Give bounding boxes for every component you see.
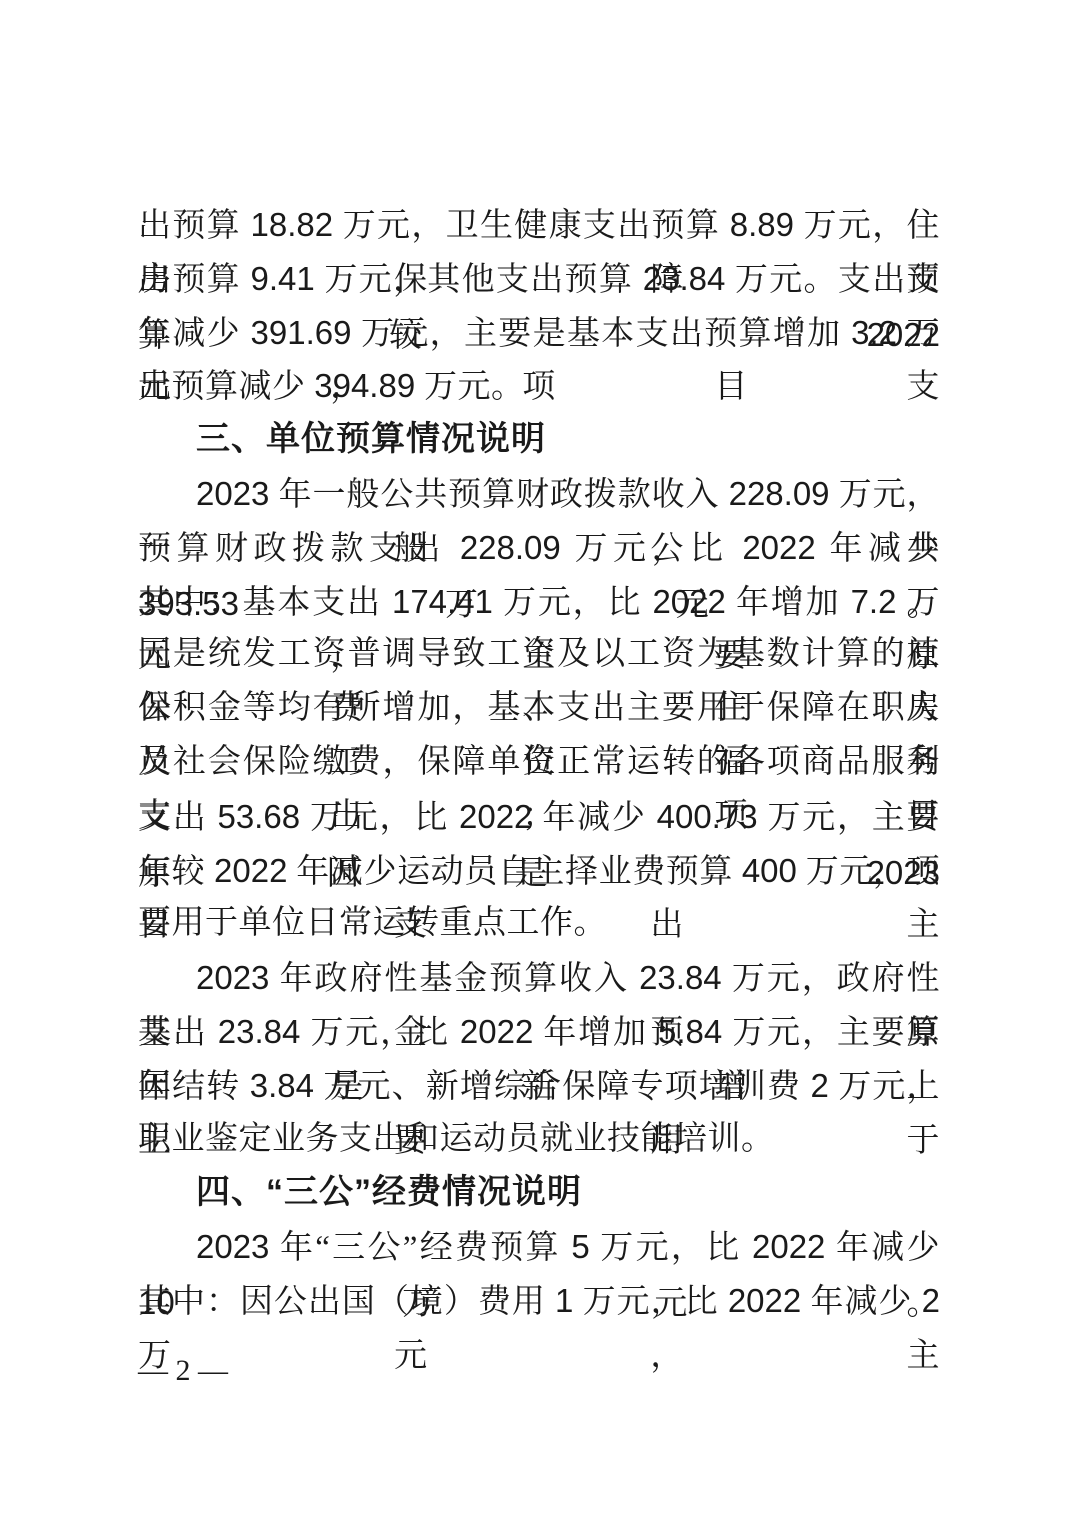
number: 2023 bbox=[196, 1228, 269, 1265]
number: 9.41 bbox=[251, 260, 315, 297]
text-line: 出预算 18.82 万元，卫生健康支出预算 8.89 万元，住房保障支 bbox=[138, 198, 940, 252]
number: 228.09 bbox=[460, 529, 561, 566]
number: 2 bbox=[922, 1282, 940, 1319]
text-line: 年结转 3.84 万元、新增综合保障专项培训费 2 万元，主要用于 bbox=[138, 1059, 940, 1113]
text-line: 支出 23.84 万元，比 2022 年增加 5.84 万元，主要原因是新增上 bbox=[138, 1005, 940, 1059]
number: 2022 bbox=[460, 1013, 533, 1050]
number: 391.69 bbox=[251, 314, 352, 351]
number: 2022 bbox=[728, 1282, 801, 1319]
number: 1 bbox=[555, 1282, 573, 1319]
section-3-heading: 三、单位预算情况说明 bbox=[138, 413, 940, 467]
text-line: 年减少 391.69 万元，主要是基本支出预算增加 3.2 万元，项目支 bbox=[138, 306, 940, 360]
number: 3.2 bbox=[851, 314, 897, 351]
number: 3.84 bbox=[250, 1067, 314, 1104]
number: 2022 bbox=[742, 529, 815, 566]
number: 394.89 bbox=[314, 367, 415, 404]
text-line: 因是统发工资普调导致工资及以工资为基数计算的社保费、住房 bbox=[138, 628, 940, 682]
document-body: 出预算 18.82 万元，卫生健康支出预算 8.89 万元，住房保障支出预算 9… bbox=[138, 198, 940, 1328]
number: 228.09 bbox=[729, 475, 830, 512]
number: 2022 bbox=[752, 1228, 825, 1265]
number: 23.84 bbox=[643, 260, 726, 297]
general-public-budget-paragraph: 2023 年一般公共预算财政拨款收入 228.09 万元，一般公共预算财政拨款支… bbox=[138, 467, 940, 951]
heading-line: 三、单位预算情况说明 bbox=[138, 413, 940, 467]
expenditure-budget-continuation-paragraph: 出预算 18.82 万元，卫生健康支出预算 8.89 万元，住房保障支出预算 9… bbox=[138, 198, 940, 413]
number: 174.41 bbox=[392, 583, 493, 620]
number: 2023 bbox=[196, 959, 269, 996]
text-line: 年较 2022 年减少运动员自主择业费预算 400 万元，项目支出主 bbox=[138, 844, 940, 898]
section-4-heading: 四、“三公”经费情况说明 bbox=[138, 1166, 940, 1220]
number: 23.84 bbox=[639, 959, 722, 996]
text-line: 其中：因公出国（境）费用 1 万元，比 2022 年减少 2 万元，主 bbox=[138, 1274, 940, 1328]
number: 7.2 bbox=[851, 583, 897, 620]
number: 2023 bbox=[196, 475, 269, 512]
text-line: 2023 年政府性基金预算收入 23.84 万元，政府性基金预算 bbox=[138, 951, 940, 1005]
number: 5 bbox=[571, 1228, 589, 1265]
number: 18.82 bbox=[251, 206, 334, 243]
number: 400 bbox=[742, 852, 797, 889]
number: 400.73 bbox=[657, 798, 758, 835]
document-page: 出预算 18.82 万元，卫生健康支出预算 8.89 万元，住房保障支出预算 9… bbox=[0, 0, 1074, 1520]
government-fund-budget-paragraph: 2023 年政府性基金预算收入 23.84 万元，政府性基金预算支出 23.84… bbox=[138, 951, 940, 1166]
text-line: 出预算 9.41 万元，其他支出预算 23.84 万元。支出预算较 2022 bbox=[138, 252, 940, 306]
text-line: 2023 年“三公”经费预算 5 万元，比 2022 年减少 10 万元。 bbox=[138, 1220, 940, 1274]
number: 5.84 bbox=[658, 1013, 722, 1050]
number: 53.68 bbox=[217, 798, 300, 835]
text-line: 2023 年一般公共预算财政拨款收入 228.09 万元，一般公共 bbox=[138, 467, 940, 521]
text-line: 其中：基本支出 174.41 万元，比 2022 年增加 7.2 万元，主要原 bbox=[138, 575, 940, 629]
number: 23.84 bbox=[218, 1013, 301, 1050]
text-line: 公积金等均有所增加，基本支出主要用于保障在职人员工资福利 bbox=[138, 682, 940, 736]
text-line: 支出 53.68 万元，比 2022 年减少 400.73 万元，主要原因是 2… bbox=[138, 790, 940, 844]
page-number: — 2 — bbox=[138, 1354, 228, 1387]
three-public-expenses-paragraph: 2023 年“三公”经费预算 5 万元，比 2022 年减少 10 万元。其中：… bbox=[138, 1220, 940, 1328]
number: 2 bbox=[811, 1067, 829, 1104]
page-footer: — 2 — bbox=[138, 1348, 228, 1394]
number: 2022 bbox=[214, 852, 287, 889]
text-line: 及社会保险缴费，保障单位正常运转的各项商品服务支出；项目 bbox=[138, 736, 940, 790]
number: 2022 bbox=[459, 798, 532, 835]
number: 8.89 bbox=[730, 206, 794, 243]
heading-line: 四、“三公”经费情况说明 bbox=[138, 1166, 940, 1220]
text-line: 预算财政拨款支出 228.09 万元，比 2022 年减少 393.53 万元。 bbox=[138, 521, 940, 575]
number: 2022 bbox=[652, 583, 725, 620]
